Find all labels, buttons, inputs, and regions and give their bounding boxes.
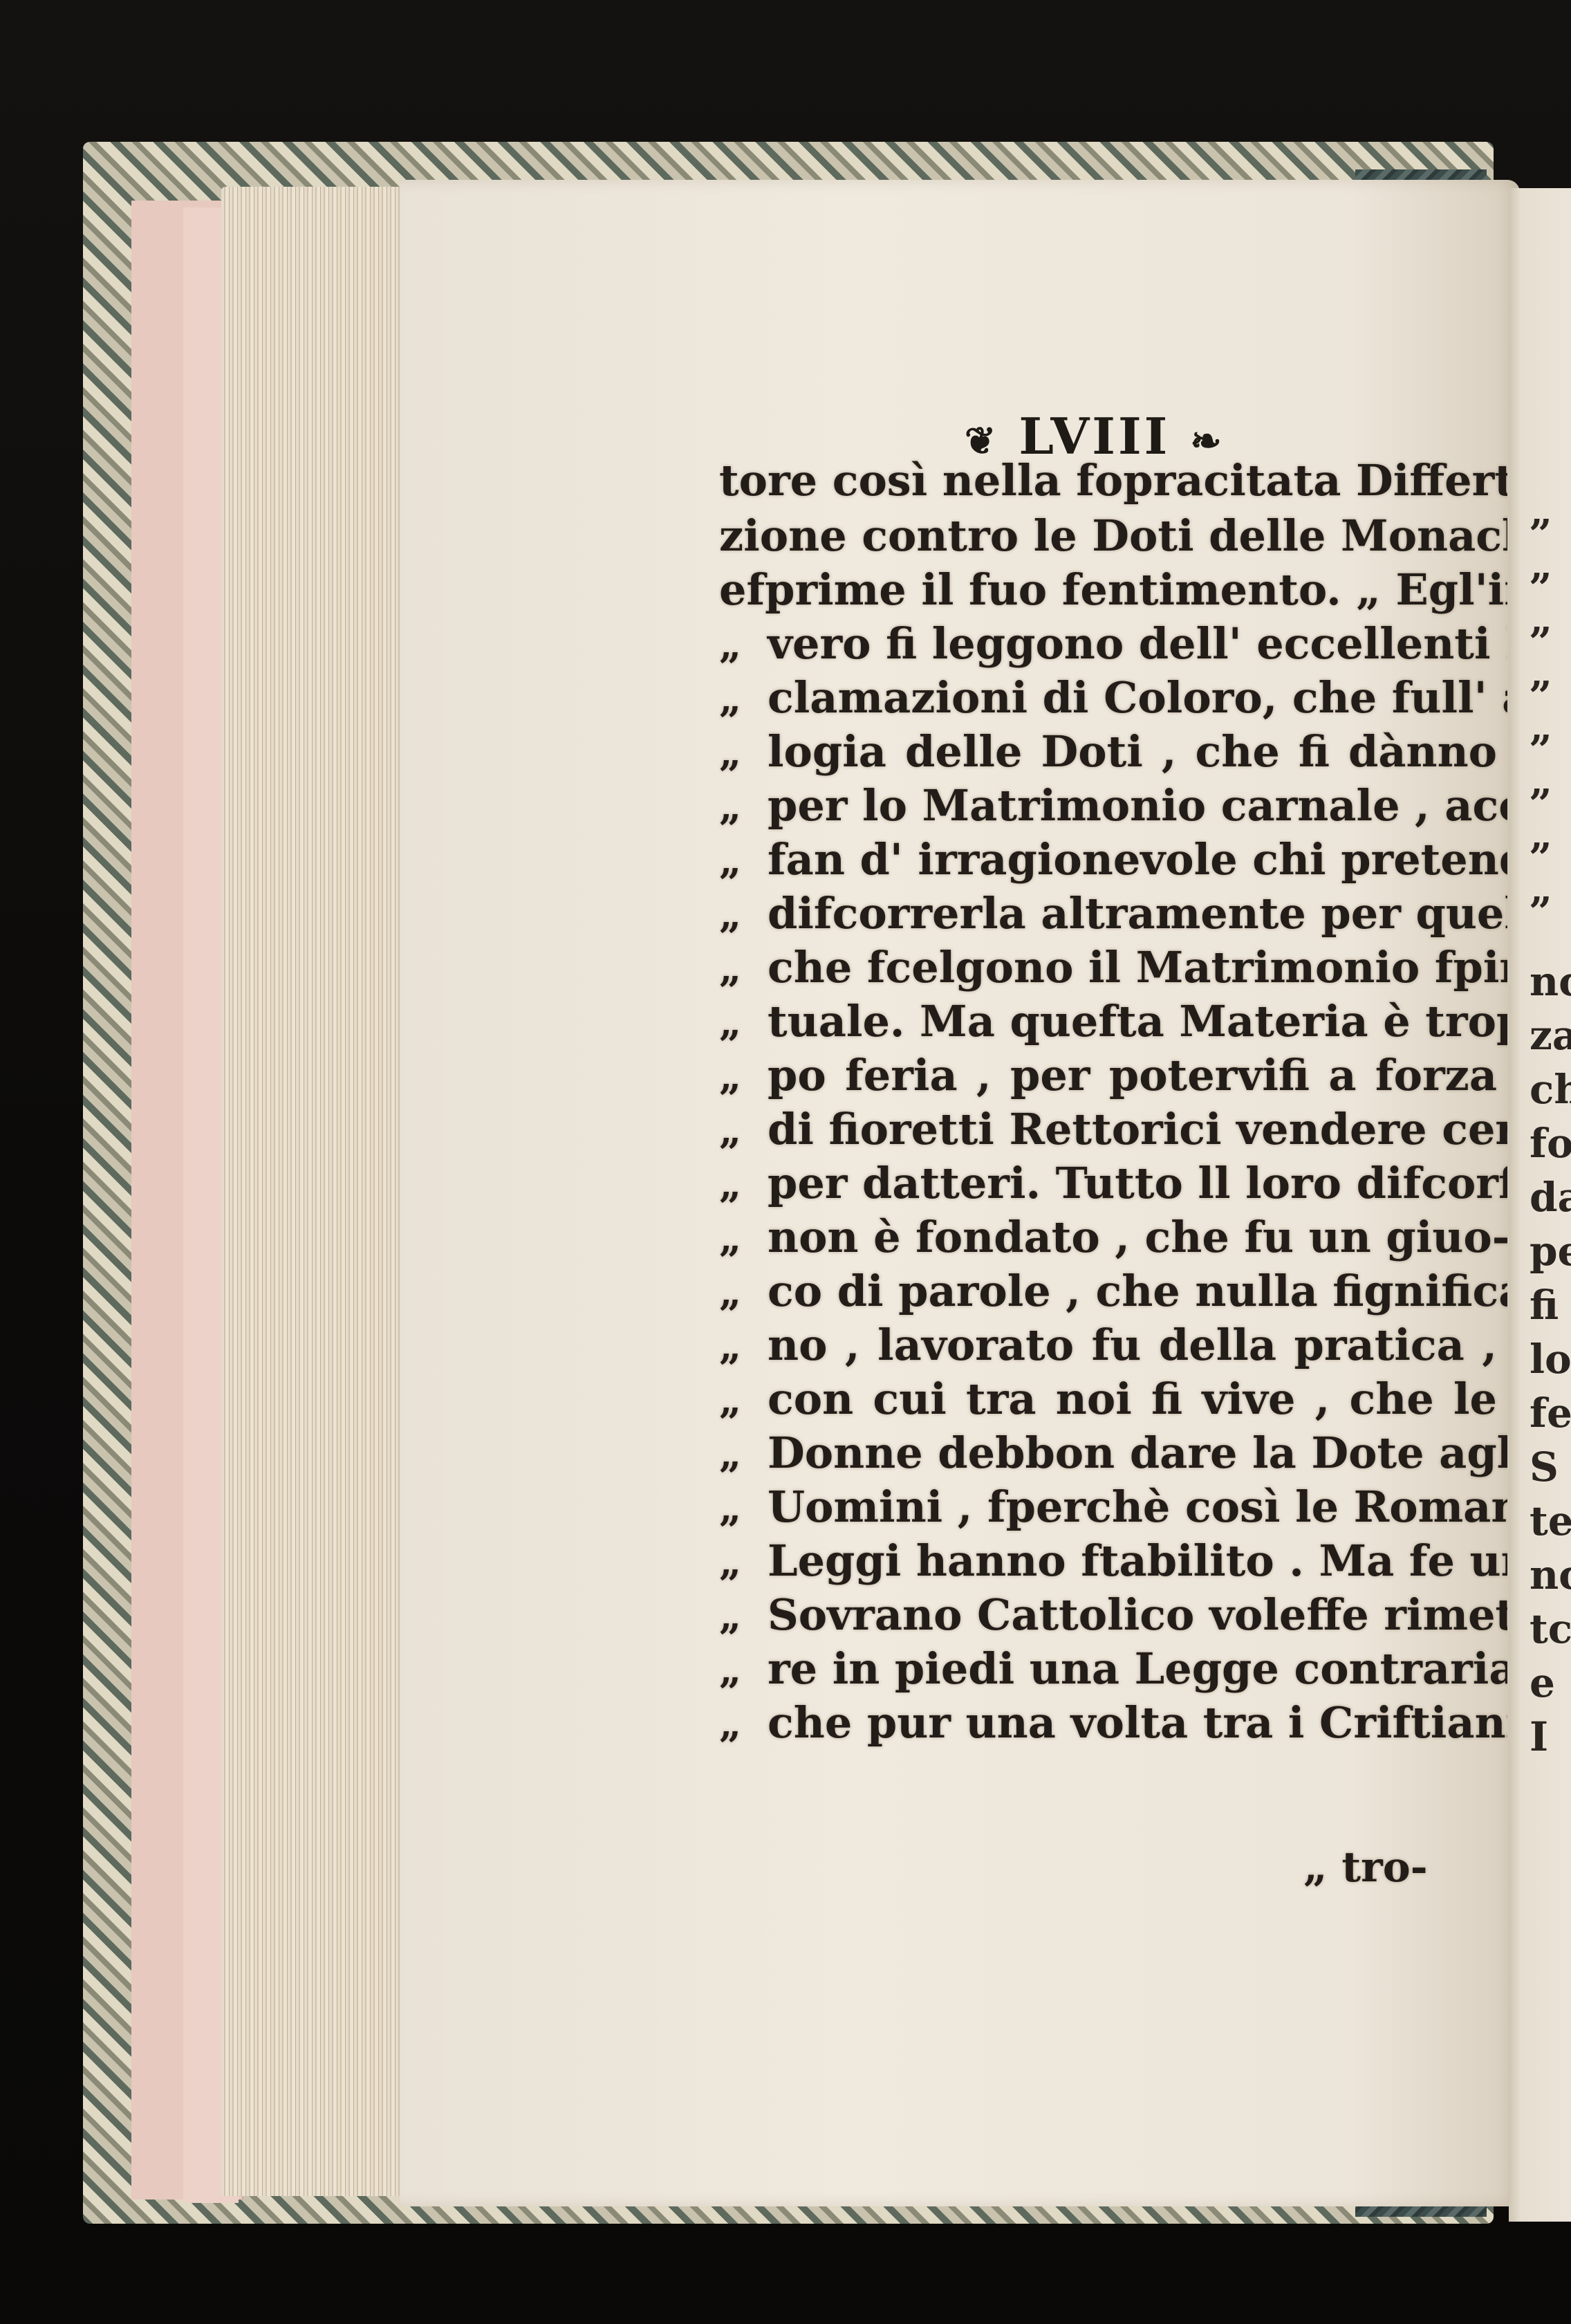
text-line: „che pur una volta tra i Criftiani bbox=[719, 1695, 1507, 1751]
margin-quote: „ bbox=[1530, 491, 1552, 531]
quote-mark: „ bbox=[719, 1643, 768, 1697]
text-line: „per datteri. Tutto ll loro difcorfo bbox=[719, 1156, 1507, 1211]
line-start: za bbox=[1530, 1015, 1571, 1055]
quote-mark: „ bbox=[719, 1535, 768, 1589]
margin-quote: „ bbox=[1530, 869, 1552, 909]
quote-mark: „ bbox=[719, 1265, 768, 1319]
quote-mark: „ bbox=[719, 618, 768, 672]
text-line: „clamazioni di Coloro, che full' ana bbox=[719, 670, 1507, 726]
text-line: „di fioretti Rettorici vendere cerri bbox=[719, 1102, 1507, 1157]
text-line: efprime il fuo fentimento. „ Egl'in bbox=[719, 562, 1507, 618]
page-edges-stack bbox=[221, 187, 401, 2196]
text-line: „logia delle Doti , che fi dànno bbox=[719, 724, 1507, 780]
text-line: „con cui tra noi fi vive , che le bbox=[719, 1372, 1507, 1427]
text-line: „co di parole , che nulla fignifica- bbox=[719, 1264, 1507, 1319]
text-line: „non è fondato , che fu un giuo- bbox=[719, 1210, 1507, 1265]
line-start: nc bbox=[1530, 961, 1571, 1002]
line-start: ch bbox=[1530, 1069, 1571, 1109]
quote-mark: „ bbox=[719, 780, 768, 833]
line-start: S bbox=[1530, 1447, 1559, 1487]
next-page-edge: „ „ „ „ „ „ „ „ nc za ch fo da pe fi lo … bbox=[1509, 188, 1571, 2222]
quote-mark: „ bbox=[719, 1319, 768, 1373]
line-start: da bbox=[1530, 1177, 1571, 1217]
line-start: fi bbox=[1530, 1285, 1559, 1325]
text-line: „no , lavorato fu della pratica , bbox=[719, 1318, 1507, 1373]
text-line: „difcorrerla altramente per quelle bbox=[719, 886, 1507, 941]
quote-mark: „ bbox=[719, 1373, 768, 1427]
line-start: lo bbox=[1530, 1339, 1571, 1379]
quote-mark: „ bbox=[719, 672, 768, 726]
margin-quote: „ bbox=[1530, 815, 1552, 855]
quote-mark: „ bbox=[719, 1697, 768, 1751]
text-line: zione contro le Doti delle Monach bbox=[719, 508, 1507, 564]
line-start: te bbox=[1530, 1501, 1571, 1541]
line-start: fe bbox=[1530, 1393, 1571, 1433]
quote-mark: „ bbox=[719, 887, 768, 941]
quote-mark: „ bbox=[719, 1481, 768, 1535]
text-line: „Leggi hanno ftabilito . Ma fe un bbox=[719, 1533, 1507, 1589]
margin-quote: „ bbox=[1530, 653, 1552, 693]
quote-mark: „ bbox=[719, 1211, 768, 1265]
text-line: „vero fi leggono dell' eccellenti De bbox=[719, 616, 1507, 672]
text-line: „per lo Matrimonio carnale , accu bbox=[719, 778, 1507, 833]
catchword: „ tro- bbox=[1303, 1843, 1428, 1892]
quote-mark: „ bbox=[719, 1157, 768, 1211]
line-start: pe bbox=[1530, 1231, 1571, 1271]
text-line: „Sovrano Cattolico voleffe rimette- bbox=[719, 1587, 1507, 1643]
margin-quote: „ bbox=[1530, 761, 1552, 801]
quote-mark: „ bbox=[719, 1049, 768, 1103]
margin-quote: „ bbox=[1530, 545, 1552, 585]
line-start: e bbox=[1530, 1663, 1555, 1703]
text-line: „Uomini , fperchè così le Romane bbox=[719, 1479, 1507, 1535]
text-line: tore così nella fopracitata Differta bbox=[719, 453, 1507, 508]
quote-mark: „ bbox=[719, 941, 768, 995]
text-line: „po feria , per potervifi a forza bbox=[719, 1048, 1507, 1103]
text-line: „re in piedi una Legge contraria , bbox=[719, 1641, 1507, 1697]
quote-mark: „ bbox=[719, 1427, 768, 1481]
margin-quote: „ bbox=[1530, 599, 1552, 639]
text-line: „che fcelgono il Matrimonio fpiri bbox=[719, 940, 1507, 995]
margin-quote: „ bbox=[1530, 707, 1552, 747]
quote-mark: „ bbox=[719, 1589, 768, 1643]
quote-mark: „ bbox=[719, 833, 768, 887]
text-line: „tuale. Ma quefta Materia è trop bbox=[719, 994, 1507, 1049]
line-start: tc bbox=[1530, 1609, 1571, 1649]
line-start: I bbox=[1530, 1717, 1548, 1757]
line-start: fo bbox=[1530, 1123, 1571, 1163]
text-line: „fan d' irragionevole chi pretend bbox=[719, 832, 1507, 887]
quote-mark: „ bbox=[719, 995, 768, 1049]
quote-mark: „ bbox=[719, 726, 768, 780]
line-start: nc bbox=[1530, 1555, 1571, 1595]
quote-mark: „ bbox=[719, 1103, 768, 1157]
text-line: „Donne debbon dare la Dote agli bbox=[719, 1426, 1507, 1481]
